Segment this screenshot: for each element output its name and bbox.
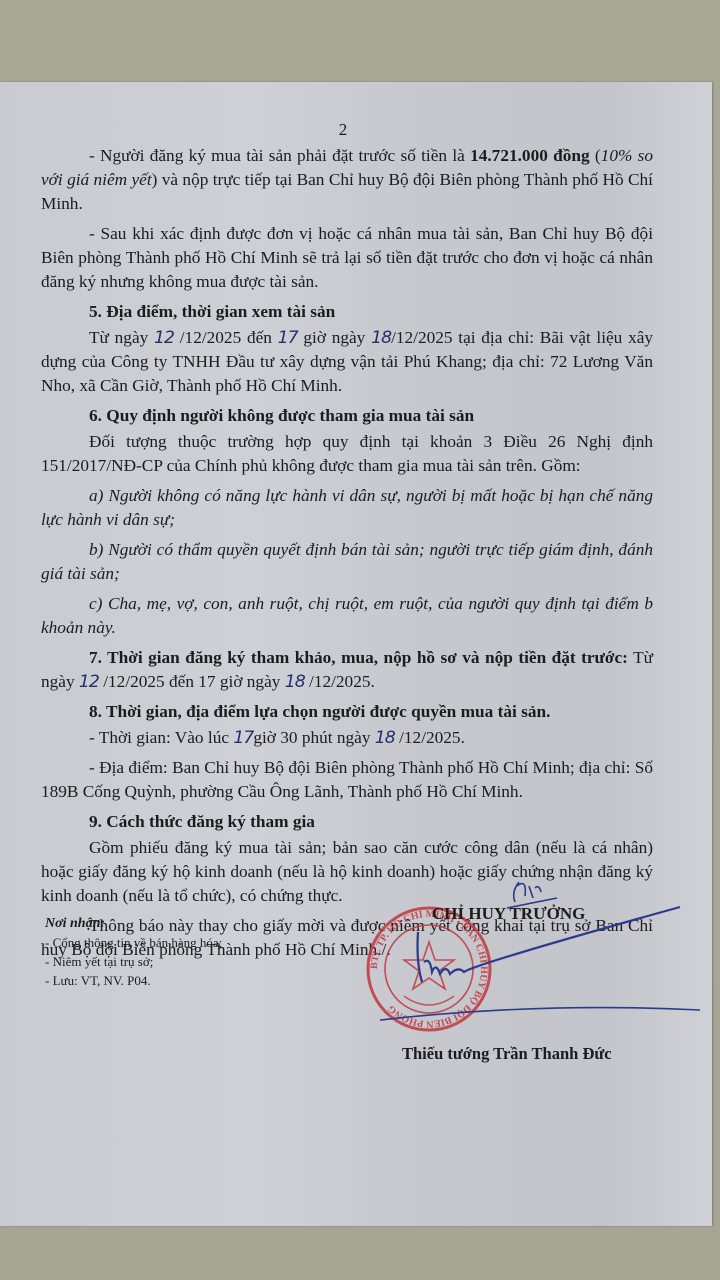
section-8-time: - Thời gian: Vào lúc 17giờ 30 phút ngày …	[41, 726, 653, 750]
recipient-item: - Cổng thông tin về bán hàng hóa;	[45, 933, 222, 952]
handwritten-day: 18	[375, 728, 395, 748]
handwritten-hour: 17	[233, 728, 253, 748]
page-number: 2	[0, 120, 699, 140]
section-6-item-c: c) Cha, mẹ, vợ, con, anh ruột, chị ruột,…	[41, 592, 653, 640]
recipient-item: - Niêm yết tại trụ sở;	[45, 952, 222, 971]
signature-icon	[380, 902, 710, 1032]
signatory-name: Thiếu tướng Trần Thanh Đức	[402, 1044, 612, 1064]
handwritten-day-end: 18	[285, 672, 305, 692]
section-7-heading: 7. Thời gian đăng ký tham khảo, mua, nộp…	[89, 648, 628, 667]
recipient-item: - Lưu: VT, NV. P04.	[45, 971, 222, 990]
document-body: - Người đăng ký mua tài sản phải đặt trư…	[41, 144, 653, 968]
section-9-heading: 9. Cách thức đăng ký tham gia	[41, 810, 653, 834]
handwritten-day-end: 18	[371, 328, 391, 348]
handwritten-day-start: 12	[154, 328, 174, 348]
section-6-intro: Đối tượng thuộc trường hợp quy định tại …	[41, 430, 653, 478]
section-6-heading: 6. Quy định người không được tham gia mu…	[41, 404, 653, 428]
section-6-item-a: a) Người không có năng lực hành vi dân s…	[41, 484, 653, 532]
section-7: 7. Thời gian đăng ký tham khảo, mua, nộp…	[41, 646, 653, 694]
document-page: 2 - Người đăng ký mua tài sản phải đặt t…	[0, 82, 712, 1226]
section-8-place: - Địa điểm: Ban Chỉ huy Bộ đội Biên phòn…	[41, 756, 653, 804]
recipients-label: Nơi nhận:	[45, 914, 222, 933]
refund-paragraph: - Sau khi xác định được đơn vị hoặc cá n…	[41, 222, 653, 294]
section-5-heading: 5. Địa điểm, thời gian xem tài sản	[41, 300, 653, 324]
section-8-heading: 8. Thời gian, địa điểm lựa chọn người đư…	[41, 700, 653, 724]
handwritten-hour: 17	[278, 328, 298, 348]
section-5-body: Từ ngày 12 /12/2025 đến 17 giờ ngày 18/1…	[41, 326, 653, 398]
deposit-paragraph: - Người đăng ký mua tài sản phải đặt trư…	[41, 144, 653, 216]
deposit-amount: 14.721.000 đồng	[470, 146, 590, 165]
handwritten-day-start: 12	[79, 672, 99, 692]
section-6-item-b: b) Người có thẩm quyền quyết định bán tà…	[41, 538, 653, 586]
recipients-block: Nơi nhận: - Cổng thông tin về bán hàng h…	[45, 914, 222, 990]
